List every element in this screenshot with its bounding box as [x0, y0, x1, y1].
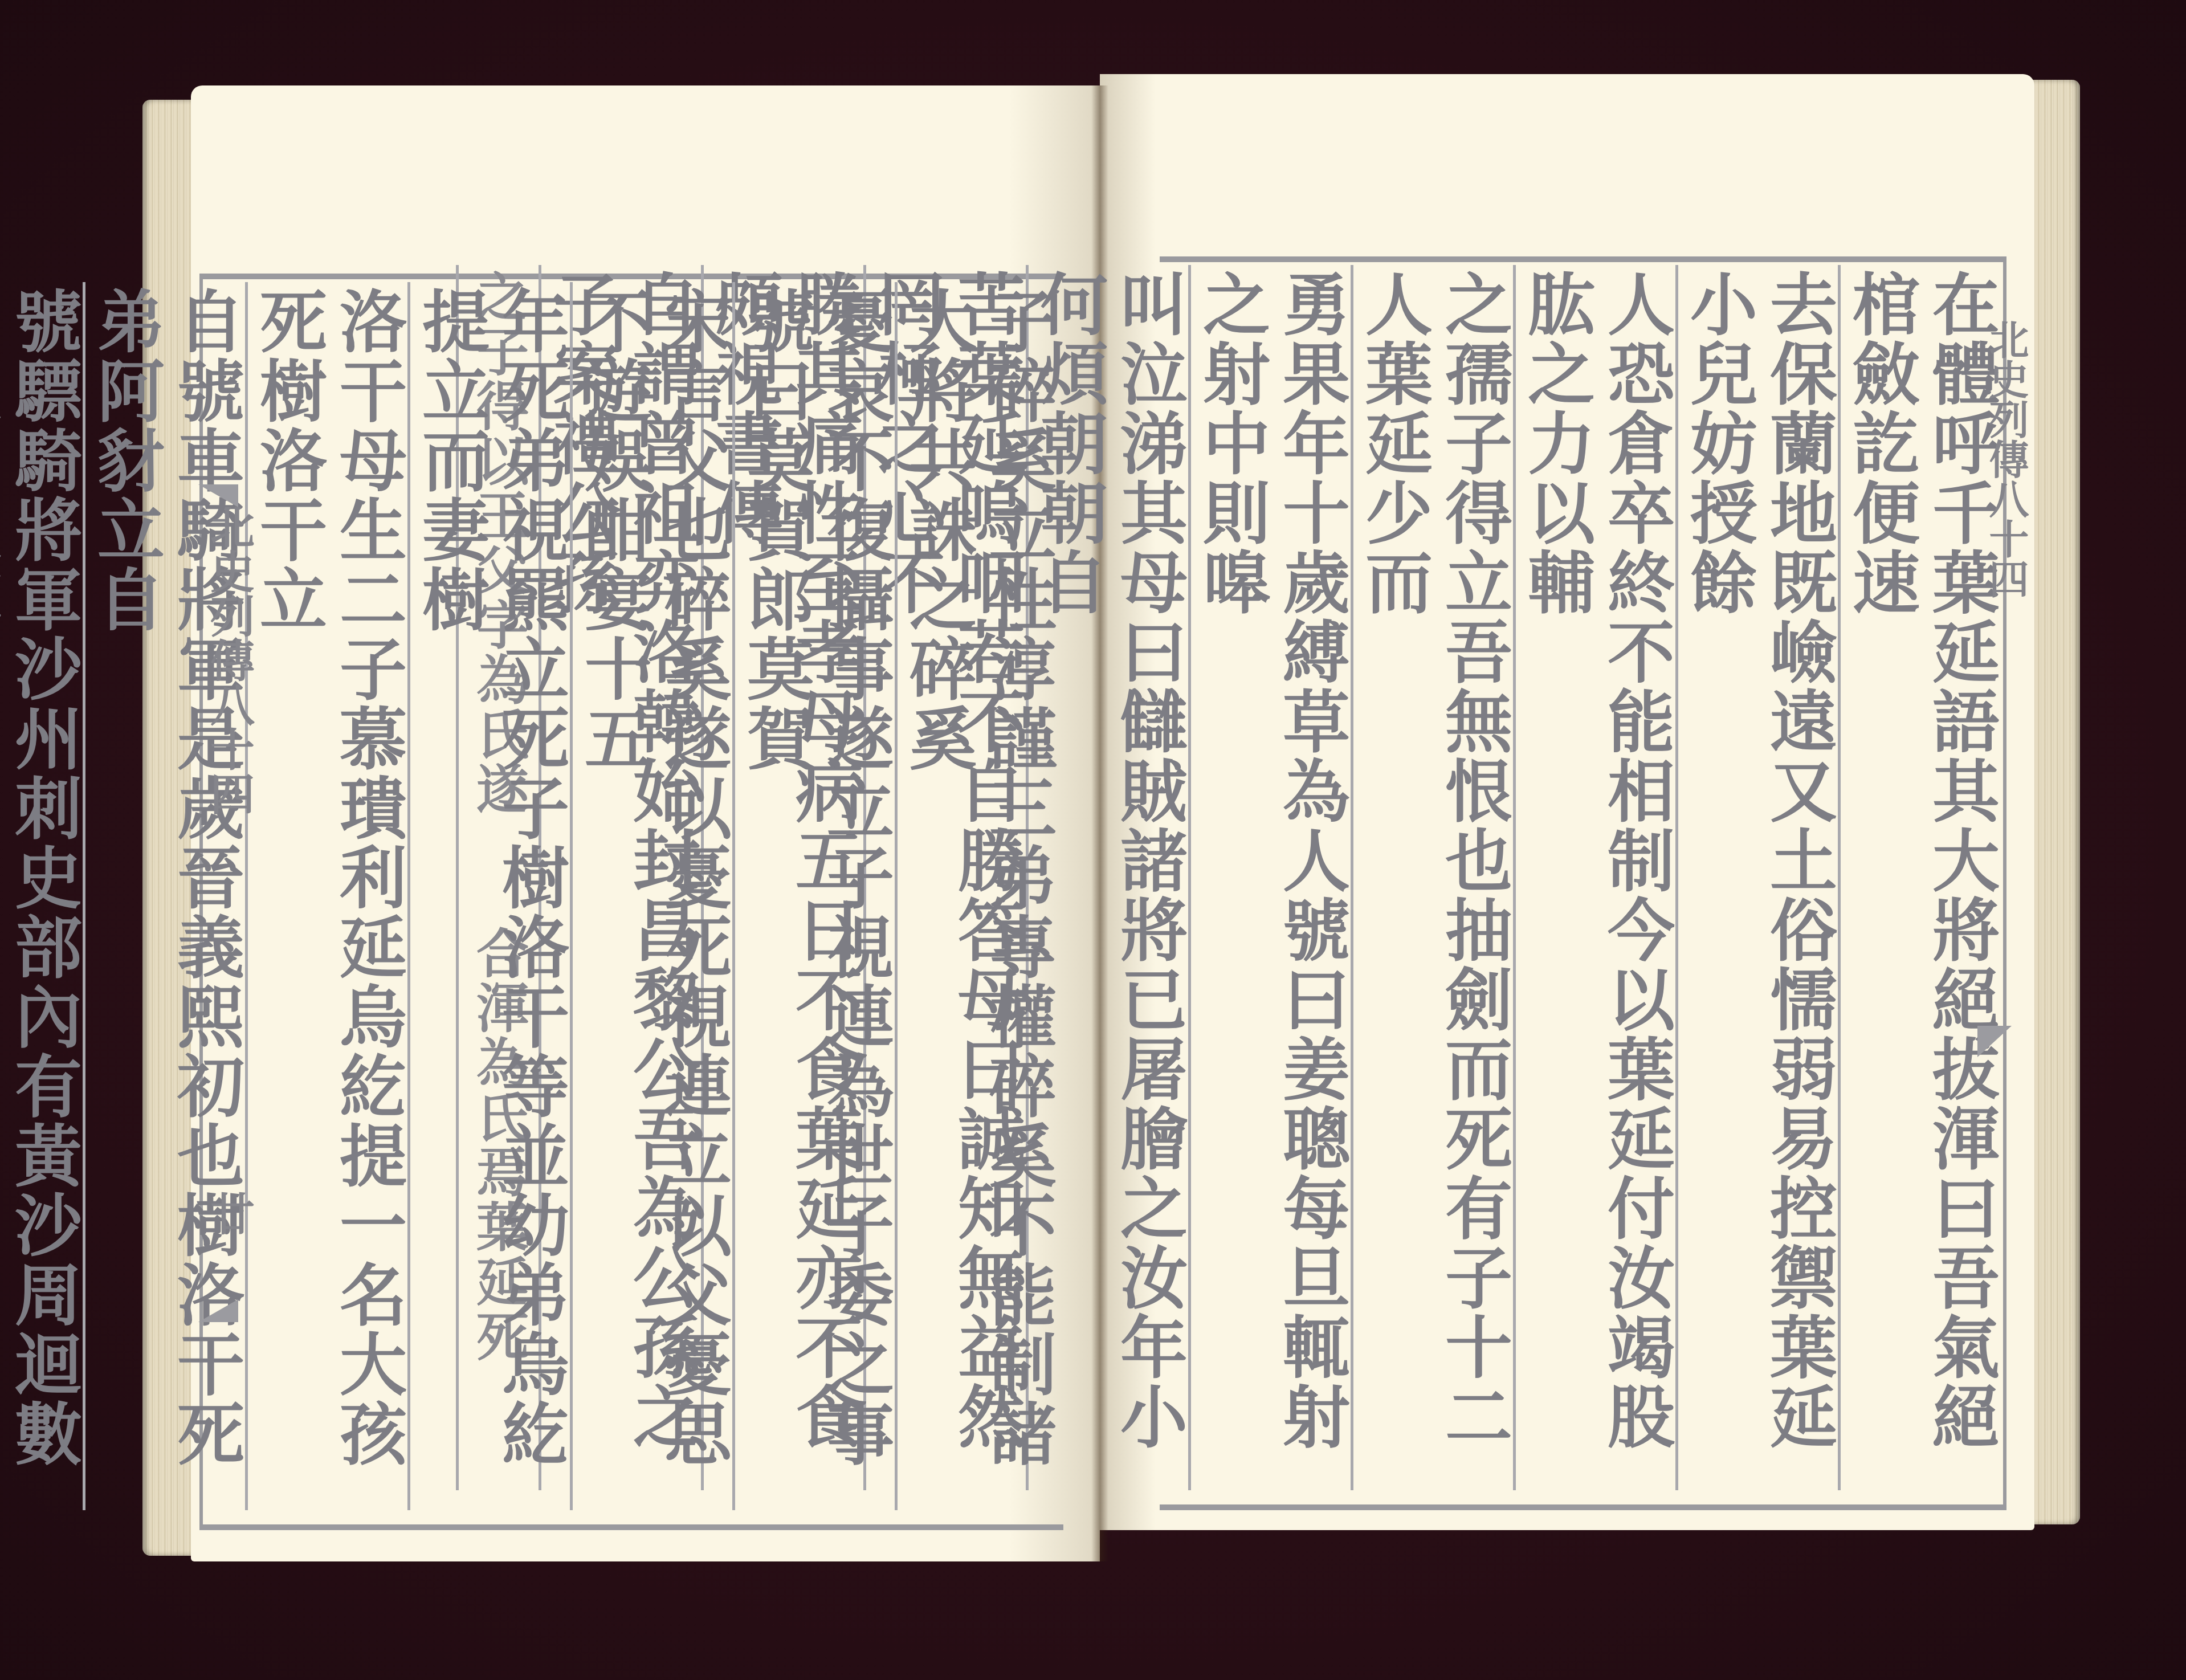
fishtail-mark-icon — [1977, 1026, 2012, 1057]
fishtail-mark-icon — [198, 1299, 238, 1322]
text-column: 之孺子得立吾無恨也抽劍而死有子十二人葉延少而 — [1351, 265, 1513, 1490]
text-column: 在體呼千葉延語其大將絕拔渾曰吾氣絕棺斂訖便速 — [1838, 265, 2000, 1490]
text-column: 宋言父也碎奚遂以憂死視連立以父憂思不遊娛酣宴十五 — [570, 282, 732, 1510]
fishtail-mark-icon — [198, 484, 238, 507]
right-page-stack — [2029, 80, 2080, 1524]
text-column: 憂哀不復攝事遂立子視連為世子委之事號曰莫賀郎莫賀 — [732, 282, 895, 1510]
left-page-text: 子碎奚立性淳謹三弟專權碎奚不能制諸大將共誅之碎奚 憂哀不復攝事遂立子視連為世子委… — [228, 282, 1057, 1510]
text-column: 年死弟視羆立死子樹洛干等並幼弟烏紇提立而妻樹 — [407, 282, 570, 1510]
text-column: 勇果年十歲縛草為人號曰姜聰每旦輒射之射中則嗥 — [1188, 265, 1351, 1490]
open-book: 在體呼千葉延語其大將絕拔渾曰吾氣絕棺斂訖便速 去保蘭地既嶮遠又土俗懦弱易控禦葉延… — [0, 0, 2186, 1680]
text-column: 去保蘭地既嶮遠又土俗懦弱易控禦葉延小兒妨授餘 — [1675, 265, 1838, 1490]
text-column: 自號車騎將軍是歲晉義熙初也樹洛干死弟阿豺立自 — [83, 282, 245, 1510]
text-column: 子碎奚立性淳謹三弟專權碎奚不能制諸大將共誅之碎奚 — [895, 282, 1057, 1510]
text-column: 號驃騎將軍沙州刺史部內有黃沙周迴數百里不生草 — [0, 282, 83, 1510]
right-page-text: 在體呼千葉延語其大將絕拔渾曰吾氣絕棺斂訖便速 去保蘭地既嶮遠又土俗懦弱易控禦葉延… — [1168, 265, 2000, 1490]
left-fold-page-number: 廿 — [197, 1191, 260, 1235]
right-fold-title: 北史列傳八十四 — [1977, 319, 2035, 832]
left-fold-title: 北史列傳八十四 — [197, 504, 260, 846]
text-column: 洛干母生二子慕璝利延烏紇提一名大孩死樹洛干立 — [245, 282, 407, 1510]
text-column: 人恐倉卒終不能相制今以葉延付汝竭股肱之力以輔 — [1513, 265, 1675, 1490]
